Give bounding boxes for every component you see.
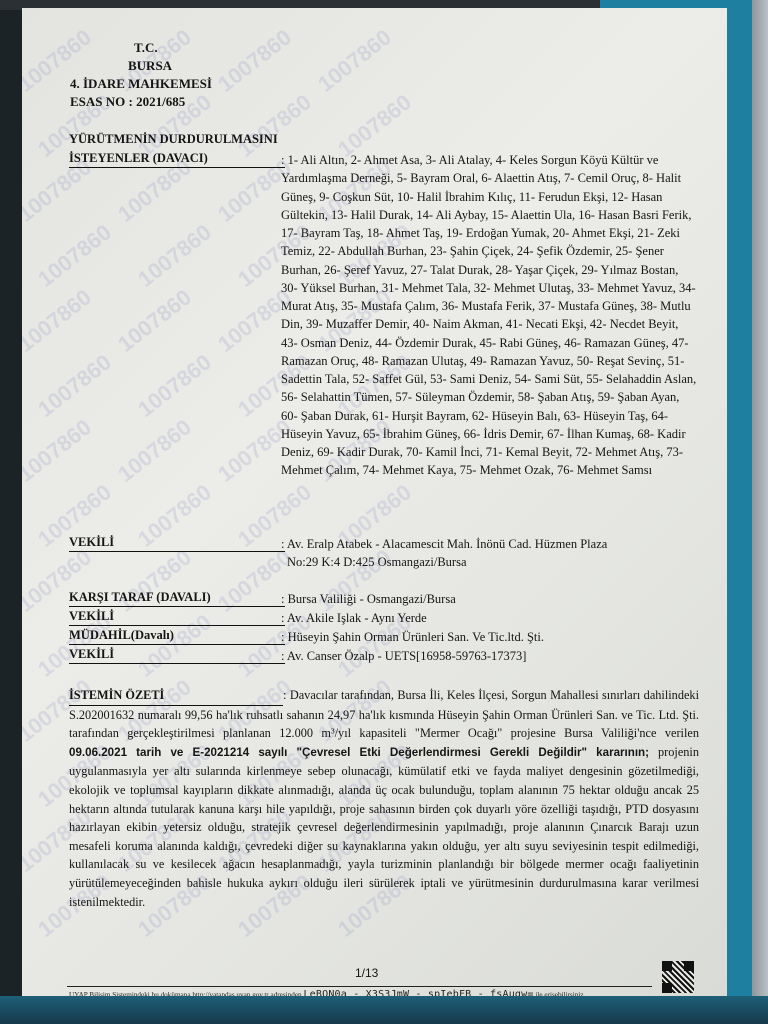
- plaintiffs-label-line1: YÜRÜTMENİN DURDURULMASINI: [69, 132, 278, 147]
- watermark-text: 1007860: [22, 284, 97, 357]
- watermark-text: 1007860: [22, 414, 97, 487]
- plaintiff-attorney-line2: No:29 K:4 D:425 Osmangazi/Bursa: [287, 553, 467, 571]
- watermark-text: 1007860: [113, 414, 197, 487]
- defendant-attorney-label: VEKİLİ: [69, 609, 285, 626]
- intervener-attorney-value: : Av. Canser Özalp - UETS[16958-59763-17…: [281, 647, 526, 665]
- plaintiff-attorney-label: VEKİLİ: [69, 535, 285, 552]
- footer-prefix: UYAP Bilişim Sistemindeki bu dokümana ht…: [69, 991, 302, 996]
- scrollbar[interactable]: [752, 0, 768, 1024]
- header-city: BURSA: [128, 58, 172, 74]
- header-tc: T.C.: [134, 40, 158, 56]
- watermark-text: 1007860: [213, 24, 297, 97]
- intervener-label: MÜDAHİL(Davalı): [69, 628, 285, 645]
- plaintiff-attorney-line1: : Av. Eralp Atabek - Alacamescit Mah. İn…: [281, 535, 607, 553]
- plaintiffs-list: : 1- Ali Altın, 2- Ahmet Asa, 3- Ali Ata…: [281, 151, 697, 480]
- defendant-label: KARŞI TARAF (DAVALI): [69, 590, 285, 607]
- qr-code-icon: [662, 961, 694, 993]
- watermark-text: 1007860: [33, 349, 117, 422]
- watermark-text: 1007860: [313, 24, 397, 97]
- page-number: 1/13: [355, 966, 378, 980]
- uyap-footer: UYAP Bilişim Sistemindeki bu dokümana ht…: [69, 989, 584, 996]
- verification-code: LeBQN0a - X3S3JmW - spIebFB - fsAugw=: [303, 989, 533, 996]
- case-number: ESAS NO : 2021/685: [70, 94, 185, 110]
- intervener-value: : Hüseyin Şahin Orman Ürünleri San. Ve T…: [281, 628, 544, 646]
- defendant-attorney-value: : Av. Akile Işlak - Aynı Yerde: [281, 609, 427, 627]
- taskbar-strip: [0, 996, 768, 1024]
- watermark-text: 1007860: [133, 219, 217, 292]
- defendant-value: : Bursa Valiliği - Osmangazi/Bursa: [281, 590, 456, 608]
- plaintiffs-label: İSTEYENLER (DAVACI): [69, 151, 285, 168]
- footer-divider: [67, 986, 652, 987]
- watermark-text: 1007860: [113, 284, 197, 357]
- court-name: 4. İDARE MAHKEMESİ: [70, 76, 212, 92]
- document-page: 1007860100786010078601007860100786010078…: [22, 8, 727, 996]
- footer-suffix: ile erişebilirsiniz: [535, 991, 583, 996]
- watermark-text: 1007860: [133, 349, 217, 422]
- request-summary: İSTEMİN ÖZETİ: Davacılar tarafından, Bur…: [69, 686, 699, 911]
- summary-body: projenin uygulanmasıyla yer altı suların…: [69, 745, 699, 909]
- watermark-text: 1007860: [33, 219, 117, 292]
- summary-decision: 09.06.2021 tarih ve E-2021214 sayılı "Çe…: [69, 746, 649, 759]
- intervener-attorney-label: VEKİLİ: [69, 647, 285, 664]
- summary-label: İSTEMİN ÖZETİ: [69, 686, 283, 706]
